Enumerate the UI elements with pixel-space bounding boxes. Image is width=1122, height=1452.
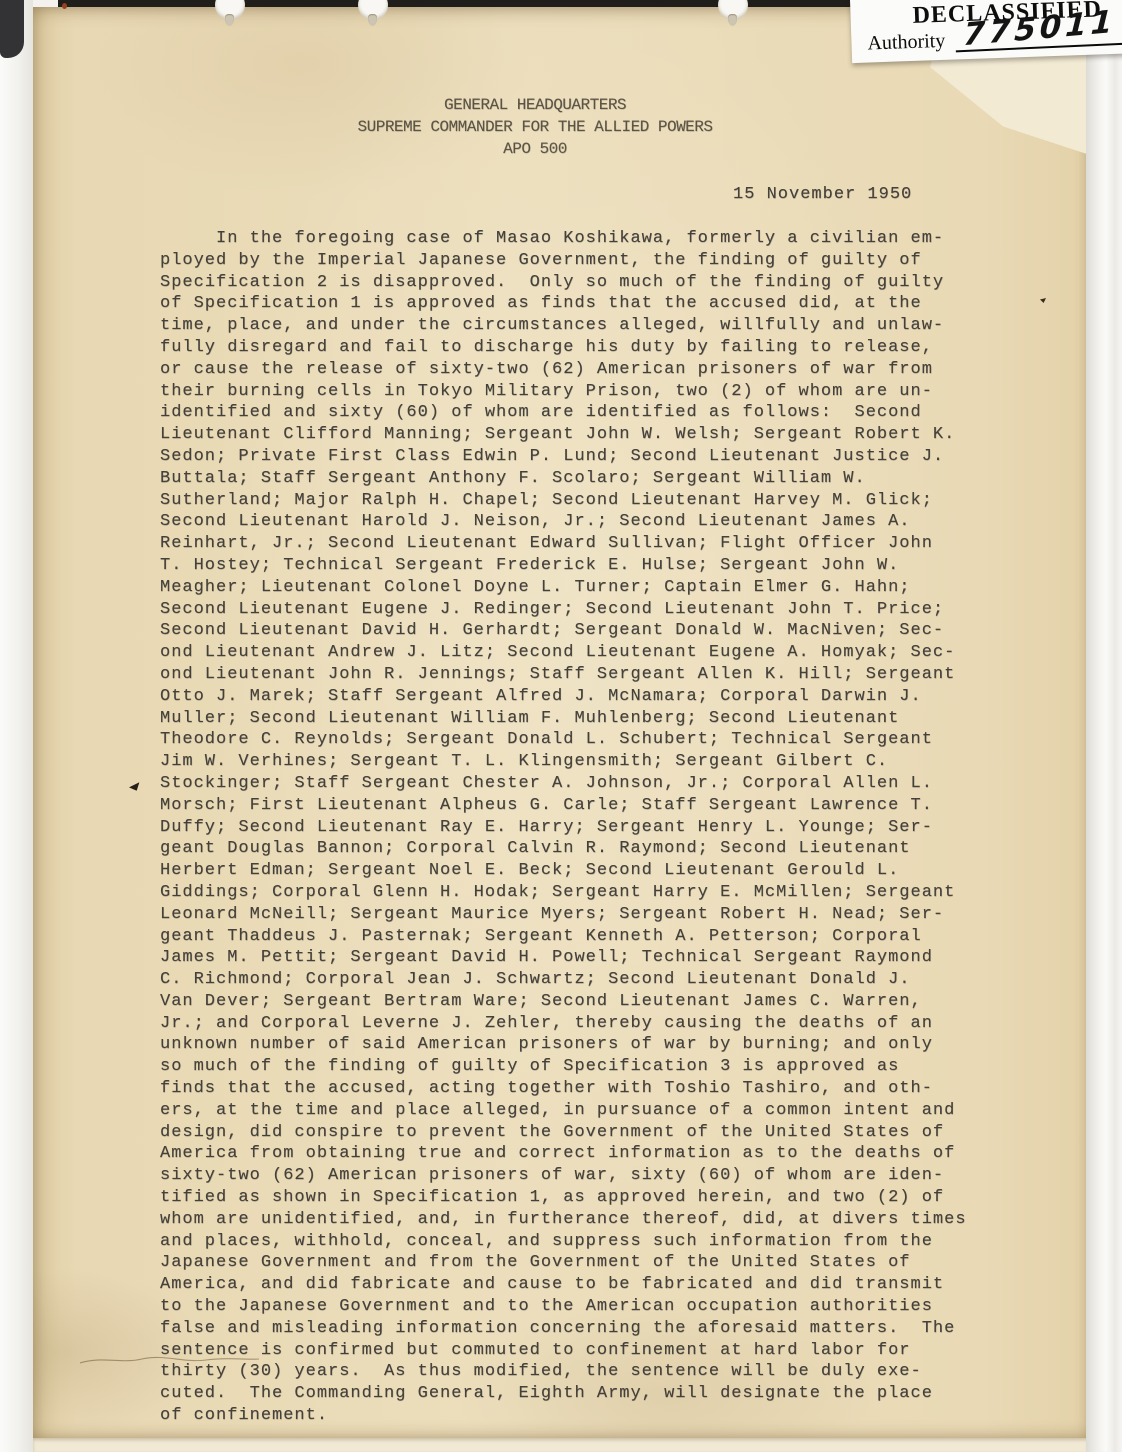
document-line: geant Thaddeus J. Pasternak; Sergeant Ke… <box>160 926 967 948</box>
document-line: cuted. The Commanding General, Eighth Ar… <box>160 1383 967 1405</box>
document-date: 15 November 1950 <box>733 185 912 204</box>
document-line: Jr.; and Corporal Leverne J. Zehler, the… <box>160 1013 967 1035</box>
document-line: sentence is confirmed but commuted to co… <box>160 1340 967 1362</box>
document-line: Morsch; First Lieutenant Alpheus G. Carl… <box>160 795 967 817</box>
document-line: time, place, and under the circumstances… <box>160 315 967 337</box>
letterhead-line2: SUPREME COMMANDER FOR THE ALLIED POWERS <box>105 116 965 138</box>
document-line: C. Richmond; Corporal Jean J. Schwartz; … <box>160 969 967 991</box>
document-line: to the Japanese Government and to the Am… <box>160 1296 967 1318</box>
document-line: Duffy; Second Lieutenant Ray E. Harry; S… <box>160 817 967 839</box>
document-body: In the foregoing case of Masao Koshikawa… <box>160 228 967 1427</box>
document-line: unknown number of said American prisoner… <box>160 1034 967 1056</box>
document-line: thirty (30) years. As thus modified, the… <box>160 1361 967 1383</box>
declassified-stamp: DECLASSIFIED Authority 775011 <box>850 0 1122 63</box>
document-line: Leonard McNeill; Sergeant Maurice Myers;… <box>160 904 967 926</box>
document-line: of confinement. <box>160 1405 967 1427</box>
letterhead-line1: GENERAL HEADQUARTERS <box>105 94 965 116</box>
document-line: ond Lieutenant John R. Jennings; Staff S… <box>160 664 967 686</box>
document-line: Sedon; Private First Class Edwin P. Lund… <box>160 446 967 468</box>
document-line: geant Douglas Bannon; Corporal Calvin R.… <box>160 838 967 860</box>
document-line: Japanese Government and from the Governm… <box>160 1252 967 1274</box>
document-line: Sutherland; Major Ralph H. Chapel; Secon… <box>160 490 967 512</box>
scanner-right-margin <box>1086 0 1122 1452</box>
document-line: Muller; Second Lieutenant William F. Muh… <box>160 708 967 730</box>
document-line: Meagher; Lieutenant Colonel Doyne L. Tur… <box>160 577 967 599</box>
letterhead: GENERAL HEADQUARTERSSUPREME COMMANDER FO… <box>105 94 965 160</box>
document-line: of Specification 1 is approved as finds … <box>160 293 967 315</box>
document-line: sixty-two (62) American prisoners of war… <box>160 1165 967 1187</box>
document-line: ond Lieutenant Andrew J. Litz; Second Li… <box>160 642 967 664</box>
document-line: Stockinger; Staff Sergeant Chester A. Jo… <box>160 773 967 795</box>
paper-crease <box>80 1352 260 1373</box>
document-line: Second Lieutenant David H. Gerhardt; Ser… <box>160 620 967 642</box>
document-line: Specification 2 is disapproved. Only so … <box>160 272 967 294</box>
document-line: Herbert Edman; Sergeant Noel E. Beck; Se… <box>160 860 967 882</box>
letterhead-line3: APO 500 <box>105 138 965 160</box>
document-line: ers, at the time and place alleged, in p… <box>160 1100 967 1122</box>
document-line: tified as shown in Specification 1, as a… <box>160 1187 967 1209</box>
document-line: Theodore C. Reynolds; Sergeant Donald L.… <box>160 729 967 751</box>
document-line: In the foregoing case of Masao Koshikawa… <box>160 228 967 250</box>
document-line: Van Dever; Sergeant Bertram Ware; Second… <box>160 991 967 1013</box>
authority-label: Authority <box>867 30 946 56</box>
document-line: Lieutenant Clifford Manning; Sergeant Jo… <box>160 424 967 446</box>
backing-sheet-bottom-edge <box>33 1438 1088 1452</box>
document-line: James M. Pettit; Sergeant David H. Powel… <box>160 947 967 969</box>
document-line: their burning cells in Tokyo Military Pr… <box>160 381 967 403</box>
document-line: Giddings; Corporal Glenn H. Hodak; Serge… <box>160 882 967 904</box>
scanned-document-page: DECLASSIFIED Authority 775011 GENERAL HE… <box>0 0 1122 1452</box>
document-line: identified and sixty (60) of whom are id… <box>160 402 967 424</box>
document-line: so much of the finding of guilty of Spec… <box>160 1056 967 1078</box>
scanner-left-margin <box>0 0 33 1452</box>
document-line: America from obtaining true and correct … <box>160 1143 967 1165</box>
document-line: or cause the release of sixty-two (62) A… <box>160 359 967 381</box>
document-line: Buttala; Staff Sergeant Anthony F. Scola… <box>160 468 967 490</box>
document-line: ployed by the Imperial Japanese Governme… <box>160 250 967 272</box>
document-line: Jim W. Verhines; Sergeant T. L. Klingens… <box>160 751 967 773</box>
document-line: Second Lieutenant Eugene J. Redinger; Se… <box>160 599 967 621</box>
document-line: fully disregard and fail to discharge hi… <box>160 337 967 359</box>
document-line: false and misleading information concern… <box>160 1318 967 1340</box>
document-line: Reinhart, Jr.; Second Lieutenant Edward … <box>160 533 967 555</box>
scanner-lid-corner <box>0 0 24 58</box>
document-line: America, and did fabricate and cause to … <box>160 1274 967 1296</box>
document-line: and places, withhold, conceal, and suppr… <box>160 1231 967 1253</box>
document-line: design, did conspire to prevent the Gove… <box>160 1122 967 1144</box>
document-line: T. Hostey; Technical Sergeant Frederick … <box>160 555 967 577</box>
document-line: whom are unidentified, and, in furtheran… <box>160 1209 967 1231</box>
paper-speck <box>62 3 67 9</box>
document-line: Second Lieutenant Harold J. Neison, Jr.;… <box>160 511 967 533</box>
document-line: Otto J. Marek; Staff Sergeant Alfred J. … <box>160 686 967 708</box>
document-line: finds that the accused, acting together … <box>160 1078 967 1100</box>
